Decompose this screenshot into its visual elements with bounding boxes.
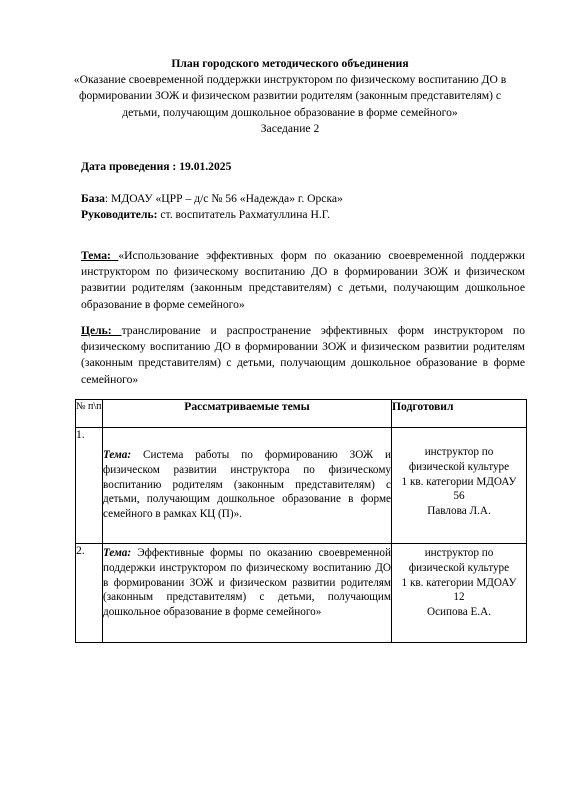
document-title: План городского методического объединени… (70, 56, 510, 72)
base-label: База (81, 192, 105, 205)
plan-table: № п\п Рассматриваемые темы Подготовил 1.… (75, 399, 527, 643)
goal-text: транслирование и распространение эффекти… (81, 324, 525, 386)
row-topic: Тема: Система работы по формированию ЗОЖ… (103, 428, 392, 544)
prepared-by-line: физической культуре (392, 561, 526, 576)
document-page: План городского методического объединени… (0, 0, 566, 800)
meeting-base: База: МДОАУ «ЦРР – д/с № 56 «Надежда» г.… (81, 191, 525, 207)
meeting-date: Дата проведения : 19.01.2025 (81, 159, 525, 175)
row-topic-text: Система работы по формированию ЗОЖ и физ… (103, 449, 391, 520)
prepared-by-line: 12 (392, 590, 526, 605)
row-number: 2. (76, 544, 103, 643)
goal-paragraph: Цель: транслирование и распространение э… (81, 323, 525, 388)
base-value: : МДОАУ «ЦРР – д/с № 56 «Надежда» г. Орс… (105, 192, 343, 205)
topic-paragraph: Тема: «Использование эффективных форм по… (81, 248, 525, 313)
row-topic-label: Тема: (103, 449, 131, 461)
leader-value: ст. воспитатель Рахматуллина Н.Г. (157, 208, 330, 221)
table-row: 1. Тема: Система работы по формированию … (76, 428, 527, 544)
prepared-by-line: инструктор по (392, 546, 526, 561)
header-number: № п\п (76, 400, 103, 428)
prepared-by-line: физической культуре (392, 460, 526, 475)
header-prepared-by: Подготовил (392, 400, 527, 428)
row-topic: Тема: Эффективные формы по оказанию свое… (103, 544, 392, 643)
row-prepared-by: инструктор по физической культуре 1 кв. … (392, 428, 527, 544)
session-label: Заседание 2 (70, 121, 510, 137)
row-prepared-by: инструктор по физической культуре 1 кв. … (392, 544, 527, 643)
row-topic-text: Эффективные формы по оказанию своевремен… (103, 547, 391, 618)
document-subtitle-line: «Оказание своевременной поддержки инстру… (70, 72, 510, 88)
meeting-leader: Руководитель: ст. воспитатель Рахматулли… (81, 207, 525, 223)
row-number: 1. (76, 428, 103, 544)
header-topics: Рассматриваемые темы (103, 400, 392, 428)
prepared-by-line: 56 (392, 489, 526, 504)
goal-label: Цель: (81, 324, 122, 337)
prepared-by-line: 1 кв. категории МДОАУ (392, 475, 526, 490)
topic-text: «Использование эффективных форм по оказа… (81, 249, 525, 311)
document-subtitle-line: детьми, получающим дошкольное образовани… (70, 105, 510, 121)
document-header: План городского методического объединени… (70, 56, 510, 137)
leader-label: Руководитель: (81, 208, 157, 221)
table-header-row: № п\п Рассматриваемые темы Подготовил (76, 400, 527, 428)
row-topic-label: Тема: (103, 547, 131, 559)
prepared-by-name: Павлова Л.А. (392, 504, 526, 519)
document-subtitle-line: формировании ЗОЖ и физическом развитии р… (70, 88, 510, 104)
topic-label: Тема: (81, 249, 118, 262)
prepared-by-name: Осипова Е.А. (392, 605, 526, 620)
prepared-by-line: инструктор по (392, 445, 526, 460)
table-row: 2. Тема: Эффективные формы по оказанию с… (76, 544, 527, 643)
prepared-by-line: 1 кв. категории МДОАУ (392, 576, 526, 591)
